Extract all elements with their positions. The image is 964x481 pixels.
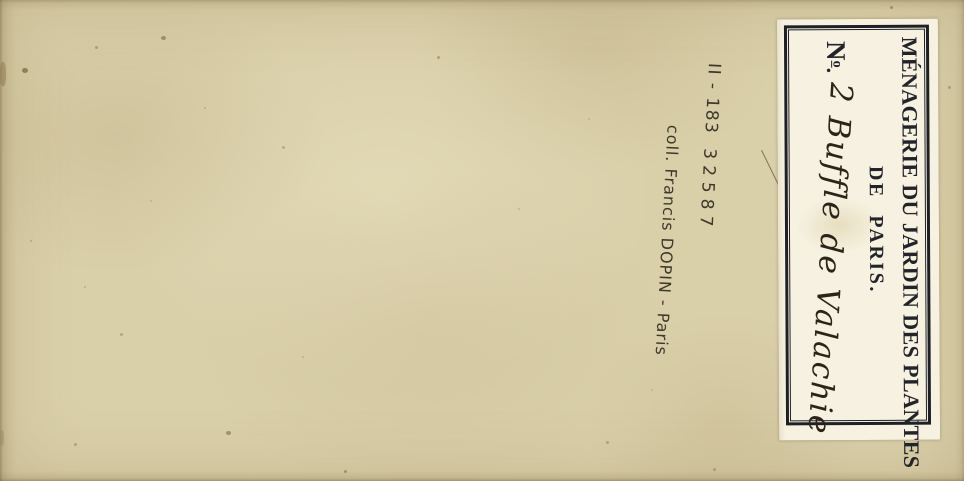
stain-spot <box>84 286 86 288</box>
edge-chip <box>0 62 6 86</box>
stain-spot <box>890 6 893 9</box>
number-prefix: N <box>821 41 851 61</box>
label-handwriting: 2 Buffle de Valachie <box>800 81 859 436</box>
edge-chip <box>0 430 4 446</box>
stain-spot <box>74 443 77 446</box>
label-content: MÉNAGERIE DU JARDIN DES PLANTES DE PARIS… <box>791 36 925 423</box>
label-subtitle: DE PARIS. <box>862 36 888 422</box>
stain-spot <box>302 356 304 358</box>
label-number-line: No. 2 Buffle de Valachie <box>818 37 856 423</box>
collection-label: MÉNAGERIE DU JARDIN DES PLANTES DE PARIS… <box>777 19 940 441</box>
stain-spot <box>22 68 28 73</box>
stain-spot <box>161 36 166 40</box>
stain-spot <box>282 146 285 149</box>
inventory-number: II - 183 <box>700 62 724 134</box>
label-title: MÉNAGERIE DU JARDIN DES PLANTES <box>895 36 923 422</box>
stain-spot <box>518 208 520 210</box>
stain-spot <box>204 107 206 109</box>
stain-spot <box>588 118 590 120</box>
stain-spot <box>948 86 951 89</box>
stain-spot <box>120 333 123 336</box>
stain-spot <box>150 200 152 202</box>
stain-spot <box>713 468 716 471</box>
stain-spot <box>344 470 347 473</box>
stain-spot <box>95 46 98 49</box>
catalog-number: 32587 <box>695 148 719 233</box>
stain-spot <box>437 56 440 59</box>
number-period: . <box>822 67 847 73</box>
card-back: II - 18332587 coll. Francis DOPIN - Pari… <box>0 0 964 481</box>
stain-spot <box>226 431 231 435</box>
number-ordinal: o <box>829 60 844 67</box>
stain-spot <box>30 240 32 242</box>
stain-spot <box>606 441 609 444</box>
